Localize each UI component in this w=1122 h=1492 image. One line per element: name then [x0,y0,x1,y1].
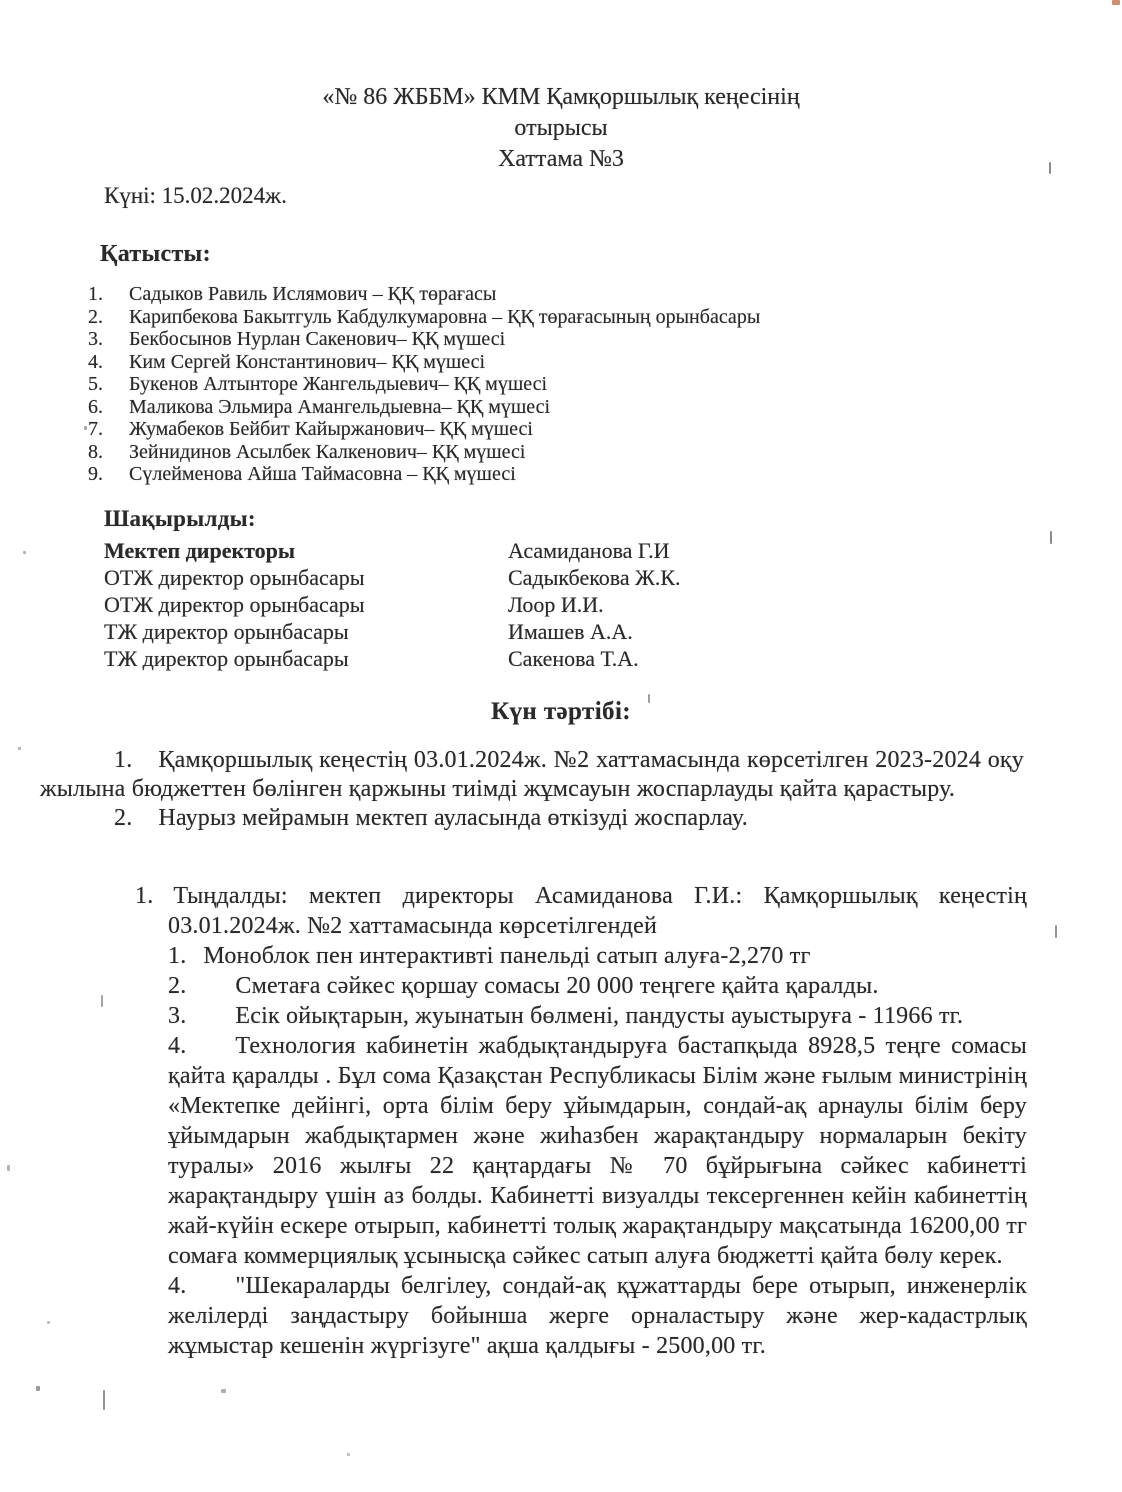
attendee-text: Жумабеков Бейбит Кайыржанович– ҚҚ мүшесі [129,418,533,440]
title-line-3: Хаттама №3 [0,144,1122,175]
scan-dot [84,426,87,430]
minutes-subitem: 2.Сметаға сәйкес қоршау сомасы 20 000 те… [168,971,1027,1001]
subitem-number: 2. [168,973,186,999]
attendee-number: 9. [88,463,129,486]
invited-role: ОТЖ директор орынбасары [104,591,508,618]
minutes-subitem: 4.Технология кабинетін жабдықтандыруға б… [168,1031,1027,1271]
attendee-text: Садыков Равиль Ислямович – ҚҚ төрағасы [129,283,496,305]
attendee-text: Сүлейменова Айша Таймасовна – ҚҚ мүшесі [129,463,516,485]
minutes-item: 1.Тыңдалды: мектеп директоры Асамиданова… [135,881,1027,941]
invited-row: ТЖ директор орынбасарыСакенова Т.А. [104,645,1122,672]
agenda-item: 1.Қамқоршылық кеңестің 03.01.2024ж. №2 х… [40,746,1024,804]
invited-row: ТЖ директор орынбасарыИмашев А.А. [104,618,1122,645]
scan-dot [36,1386,40,1391]
attendee-item: 4.Ким Сергей Константинович– ҚҚ мүшесі [88,351,1062,374]
invited-name: Лоор И.И. [508,592,604,617]
subitem-number: 1. [168,943,186,969]
attendees-heading: Қатысты: [100,241,1122,268]
subitem-text: Моноблок пен интерактивті панельді сатып… [203,943,810,969]
attendee-item: 5.Букенов Алтынторе Жангельдыевич– ҚҚ мү… [88,373,1062,396]
attendee-number: 2. [88,306,129,329]
minutes-subitem: 4."Шекараларды белгілеу, сондай-ақ құжат… [168,1271,1027,1361]
invited-role: Мектеп директоры [104,537,508,564]
attendee-text: Бекбосынов Нурлан Сакенович– ҚҚ мүшесі [129,328,505,350]
subitem-text: Есік ойықтарын, жуынатын бөлмені, пандус… [235,1003,963,1029]
attendee-number: 1. [88,283,129,306]
invited-list: Мектеп директорыАсамиданова Г.И ОТЖ дире… [104,537,1122,672]
agenda-item-text: Наурыз мейрамын мектеп ауласында өткізуд… [158,805,748,831]
date-line: Күні: 15.02.2024ж. [104,183,1122,209]
invited-role: ОТЖ директор орынбасары [104,564,508,591]
minutes-item-number: 1. [135,883,153,909]
scan-speck-red [1112,0,1120,5]
scan-tick [648,694,650,703]
attendee-item: 2.Карипбекова Бакытгуль Кабдулкумаровна … [88,306,1062,329]
document-title: «№ 86 ЖББМ» КММ Қамқоршылық кеңесінің от… [0,0,1122,175]
attendee-item: 9.Сүлейменова Айша Таймасовна – ҚҚ мүшес… [88,463,1062,486]
subitem-number: 3. [168,1003,186,1029]
attendee-text: Букенов Алтынторе Жангельдыевич– ҚҚ мүше… [129,373,547,395]
subitem-text: "Шекараларды белгілеу, сондай-ақ құжатта… [168,1273,1027,1359]
invited-heading: Шақырылды: [104,506,1122,532]
subitem-text: Сметаға сәйкес қоршау сомасы 20 000 теңг… [235,973,878,999]
scan-dot [221,1389,226,1393]
attendee-text: Ким Сергей Константинович– ҚҚ мүшесі [129,351,485,373]
agenda-item-number: 2. [114,805,132,831]
attendee-number: 5. [88,373,129,396]
attendee-text: Карипбекова Бакытгуль Кабдулкумаровна – … [129,306,760,328]
scan-dot [47,1321,50,1324]
scan-tick [1049,162,1051,174]
invited-name: Имашев А.А. [508,619,633,644]
attendee-number: 6. [88,396,129,419]
invited-name: Асамиданова Г.И [508,538,670,563]
scan-tick [101,995,103,1007]
agenda-list: 1.Қамқоршылық кеңестің 03.01.2024ж. №2 х… [40,746,1024,833]
invited-row: ОТЖ директор орынбасарыЛоор И.И. [104,591,1122,618]
invited-name: Садыкбекова Ж.К. [508,565,681,590]
agenda-heading: Күн тәртібі: [0,698,1122,726]
title-line-1: «№ 86 ЖББМ» КММ Қамқоршылық кеңесінің [0,82,1122,113]
attendee-item: 8.Зейнидинов Асылбек Калкенович– ҚҚ мүше… [88,441,1062,464]
agenda-item: 2.Наурыз мейрамын мектеп ауласында өткіз… [40,804,1024,833]
scan-tick [1050,531,1052,544]
scan-dot [23,551,26,554]
title-line-2: отырысы [0,113,1122,144]
agenda-item-number: 1. [114,747,132,773]
invited-role: ТЖ директор орынбасары [104,645,508,672]
attendee-item: 1.Садыков Равиль Ислямович – ҚҚ төрағасы [88,283,1062,306]
scan-dot [18,747,21,750]
attendee-item: 3.Бекбосынов Нурлан Сакенович– ҚҚ мүшесі [88,328,1062,351]
invited-role: ТЖ директор орынбасары [104,618,508,645]
invited-row: Мектеп директорыАсамиданова Г.И [104,537,1122,564]
scan-dot [7,1165,10,1171]
scan-dot [347,1453,350,1456]
minutes-subitem: 3.Есік ойықтарын, жуынатын бөлмені, панд… [168,1001,1027,1031]
agenda-item-text: Қамқоршылық кеңестің 03.01.2024ж. №2 хат… [40,747,1024,802]
attendee-number: 7. [88,418,129,441]
invited-name: Сакенова Т.А. [508,646,639,671]
scan-tick [103,1390,105,1410]
attendee-number: 8. [88,441,129,464]
scan-tick [1055,925,1057,938]
invited-row: ОТЖ директор орынбасарыСадыкбекова Ж.К. [104,564,1122,591]
attendee-text: Маликова Эльмира Амангельдыевна– ҚҚ мүше… [129,396,550,418]
page: «№ 86 ЖББМ» КММ Қамқоршылық кеңесінің от… [0,0,1122,1492]
minutes-section: 1.Тыңдалды: мектеп директоры Асамиданова… [135,881,1027,1361]
attendee-item: 7.Жумабеков Бейбит Кайыржанович– ҚҚ мүше… [88,418,1062,441]
minutes-intro-text: Тыңдалды: мектеп директоры Асамиданова Г… [168,883,1027,939]
attendee-item: 6.Маликова Эльмира Амангельдыевна– ҚҚ мү… [88,396,1062,419]
subitem-text: Технология кабинетін жабдықтандыруға бас… [168,1033,1027,1269]
subitem-number: 4. [168,1033,186,1059]
subitem-number: 4. [168,1273,186,1299]
attendee-text: Зейнидинов Асылбек Калкенович– ҚҚ мүшесі [129,441,525,463]
attendee-number: 4. [88,351,129,374]
minutes-subitem: 1.Моноблок пен интерактивті панельді сат… [168,941,1027,971]
attendees-list: 1.Садыков Равиль Ислямович – ҚҚ төрағасы… [88,283,1062,486]
attendee-number: 3. [88,328,129,351]
